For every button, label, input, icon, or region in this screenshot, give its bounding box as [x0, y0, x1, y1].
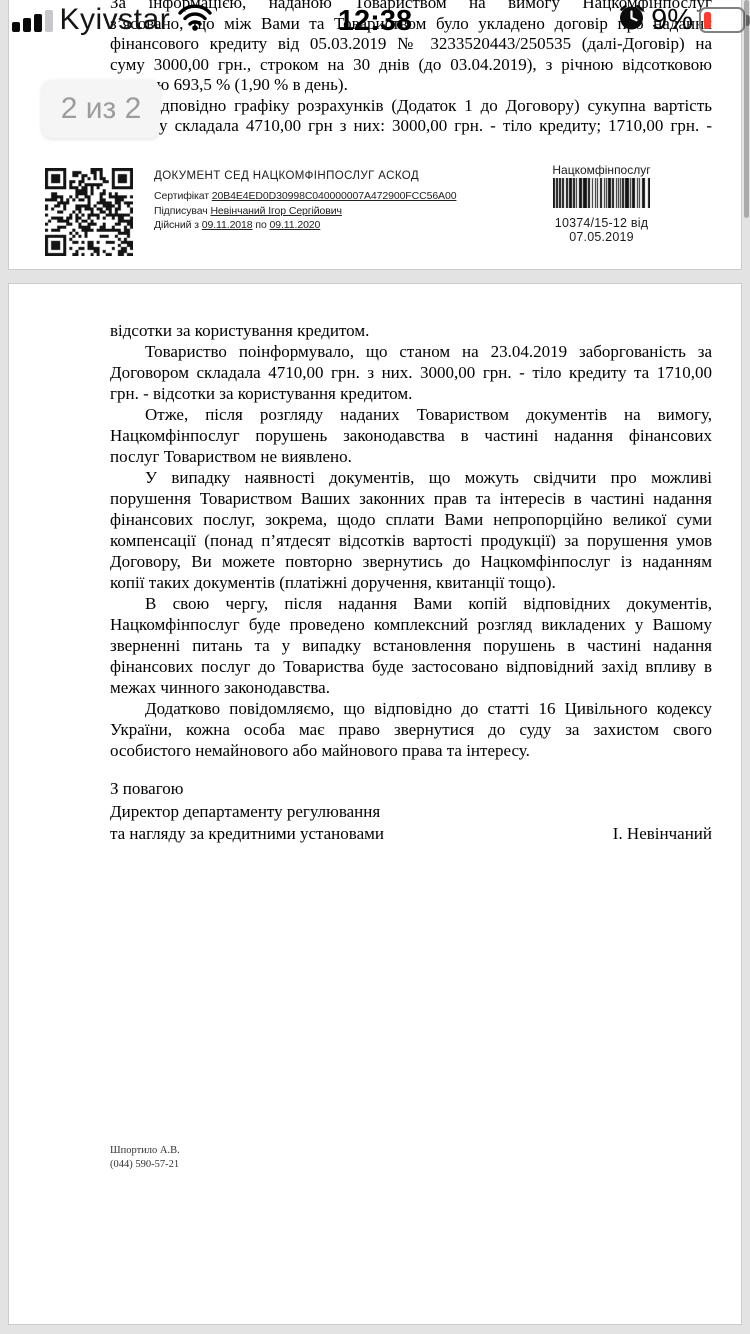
document-text-line: грн. - відсотки за користування кредитом…	[110, 383, 712, 404]
battery-percent: 9%	[651, 4, 693, 37]
document-text-line: відсотки за користування кредитом.	[110, 320, 712, 341]
signature-row: та нагляду за кредитними установами І. Н…	[110, 823, 712, 846]
document-text-line: фінансових послуг, зокрема, щодо сплати …	[110, 509, 712, 530]
barcode-title: Нацкомфінпослуг	[529, 163, 674, 177]
barcode-image	[553, 178, 650, 208]
certificate-row: Сертифікат 20B4E4ED0D30998C040000007A472…	[154, 189, 456, 204]
document-text-line: межах чинного законодавства.	[110, 677, 712, 698]
qr-code	[45, 168, 133, 256]
status-bar: Kyivstar 12:38 9%	[0, 0, 750, 40]
esign-stamp-info: ДОКУМЕНТ СЕД НАЦКОМФІНПОСЛУГ АСКОД Серти…	[154, 168, 456, 256]
signer-title-line2: та нагляду за кредитними установами	[110, 823, 384, 846]
document-text-line: Нацкомфінпослуг буде проведено комплексн…	[110, 614, 712, 635]
document-text-line: суму 3000,00 грн., строком на 30 днів (д…	[110, 55, 712, 76]
executor-phone: (044) 590-57-21	[110, 1158, 180, 1172]
document-text-line: кредиту складала 4710,00 грн з них: 3000…	[110, 116, 712, 137]
barcode-block: Нацкомфінпослуг 10374/15-12 від 07.05.20…	[529, 163, 674, 244]
document-text-line: Відповідно графіку розрахунків (Додаток …	[110, 96, 712, 117]
signer-value: Невінчаний Ігор Сергійович	[210, 205, 341, 217]
document-text-line: компенсації (понад п’ятдесят відсотків в…	[110, 530, 712, 551]
document-page-2: відсотки за користування кредитом.Товари…	[8, 283, 742, 1325]
document-text-line: України, кожна особа має право звернутис…	[110, 719, 712, 740]
regards-line: З повагою	[110, 778, 712, 801]
stamp-title: ДОКУМЕНТ СЕД НАЦКОМФІНПОСЛУГ АСКОД	[154, 170, 456, 182]
closing-block: З повагою Директор департаменту регулюва…	[110, 778, 712, 846]
signer-row: Підписувач Невінчаний Ігор Сергійович	[154, 204, 456, 219]
alarm-clock-icon	[618, 4, 645, 36]
scrollbar-thumb[interactable]	[744, 0, 749, 218]
status-bar-right: 9%	[618, 0, 745, 40]
document-text-line: особистого немайнового або майнового пра…	[110, 740, 712, 761]
validity-mid: по	[255, 219, 266, 231]
document-text-line: копії таких документів (платіжні доручен…	[110, 572, 712, 593]
document-text-line: Додатково повідомляємо, що відповідно до…	[110, 698, 712, 719]
signer-label: Підписувач	[154, 205, 208, 217]
document-text-line: У випадку наявності документів, що можут…	[110, 467, 712, 488]
page-indicator-badge: 2 из 2	[42, 80, 160, 138]
barcode-number: 10374/15-12 від 07.05.2019	[529, 216, 674, 244]
document-text-line: ставкою 693,5 % (1,90 % в день).	[110, 75, 712, 96]
document-text-line: В свою чергу, після надання Вами копій в…	[110, 593, 712, 614]
document-text-line: послуг Товариством не виявлено.	[110, 446, 712, 467]
validity-row: Дійсний з 09.11.2018 по 09.11.2020	[154, 218, 456, 233]
document-text-line: Отже, після розгляду наданих Товариством…	[110, 404, 712, 425]
executor-footer: Шпортило А.В. (044) 590-57-21	[110, 1144, 180, 1171]
battery-level-fill	[704, 12, 711, 29]
document-text-line: Договором складала 4710,00 грн. з них. 3…	[110, 362, 712, 383]
signer-title-line1: Директор департаменту регулювання	[110, 801, 712, 824]
pdf-viewer-screen[interactable]: За інформацією, наданою Товариством на в…	[0, 0, 750, 1334]
battery-icon	[699, 7, 745, 33]
validity-to: 09.11.2020	[270, 219, 321, 231]
document-text-line: зверненні питань та у випадку встановлен…	[110, 635, 712, 656]
document-text-line: Товариство поінформувало, що станом на 2…	[110, 341, 712, 362]
document-text-line: Нацкомфінпослуг порушень законодавства в…	[110, 425, 712, 446]
document-text-line: порушення Товариством Ваших законних пра…	[110, 488, 712, 509]
validity-from: 09.11.2018	[202, 219, 253, 231]
certificate-value: 20B4E4ED0D30998C040000007A472900FCC56A00	[212, 190, 457, 202]
certificate-label: Сертифікат	[154, 190, 209, 202]
document-text-line: фінансових послуг до Товариства буде зас…	[110, 656, 712, 677]
signer-name: І. Невінчаний	[613, 823, 712, 846]
esign-stamp: ДОКУМЕНТ СЕД НАЦКОМФІНПОСЛУГ АСКОД Серти…	[45, 168, 456, 256]
page2-paragraphs: відсотки за користування кредитом.Товари…	[110, 320, 712, 761]
validity-prefix: Дійсний з	[154, 219, 199, 231]
document-text-line: Договору, Ви можете повторно звернутись …	[110, 551, 712, 572]
executor-name: Шпортило А.В.	[110, 1144, 180, 1158]
